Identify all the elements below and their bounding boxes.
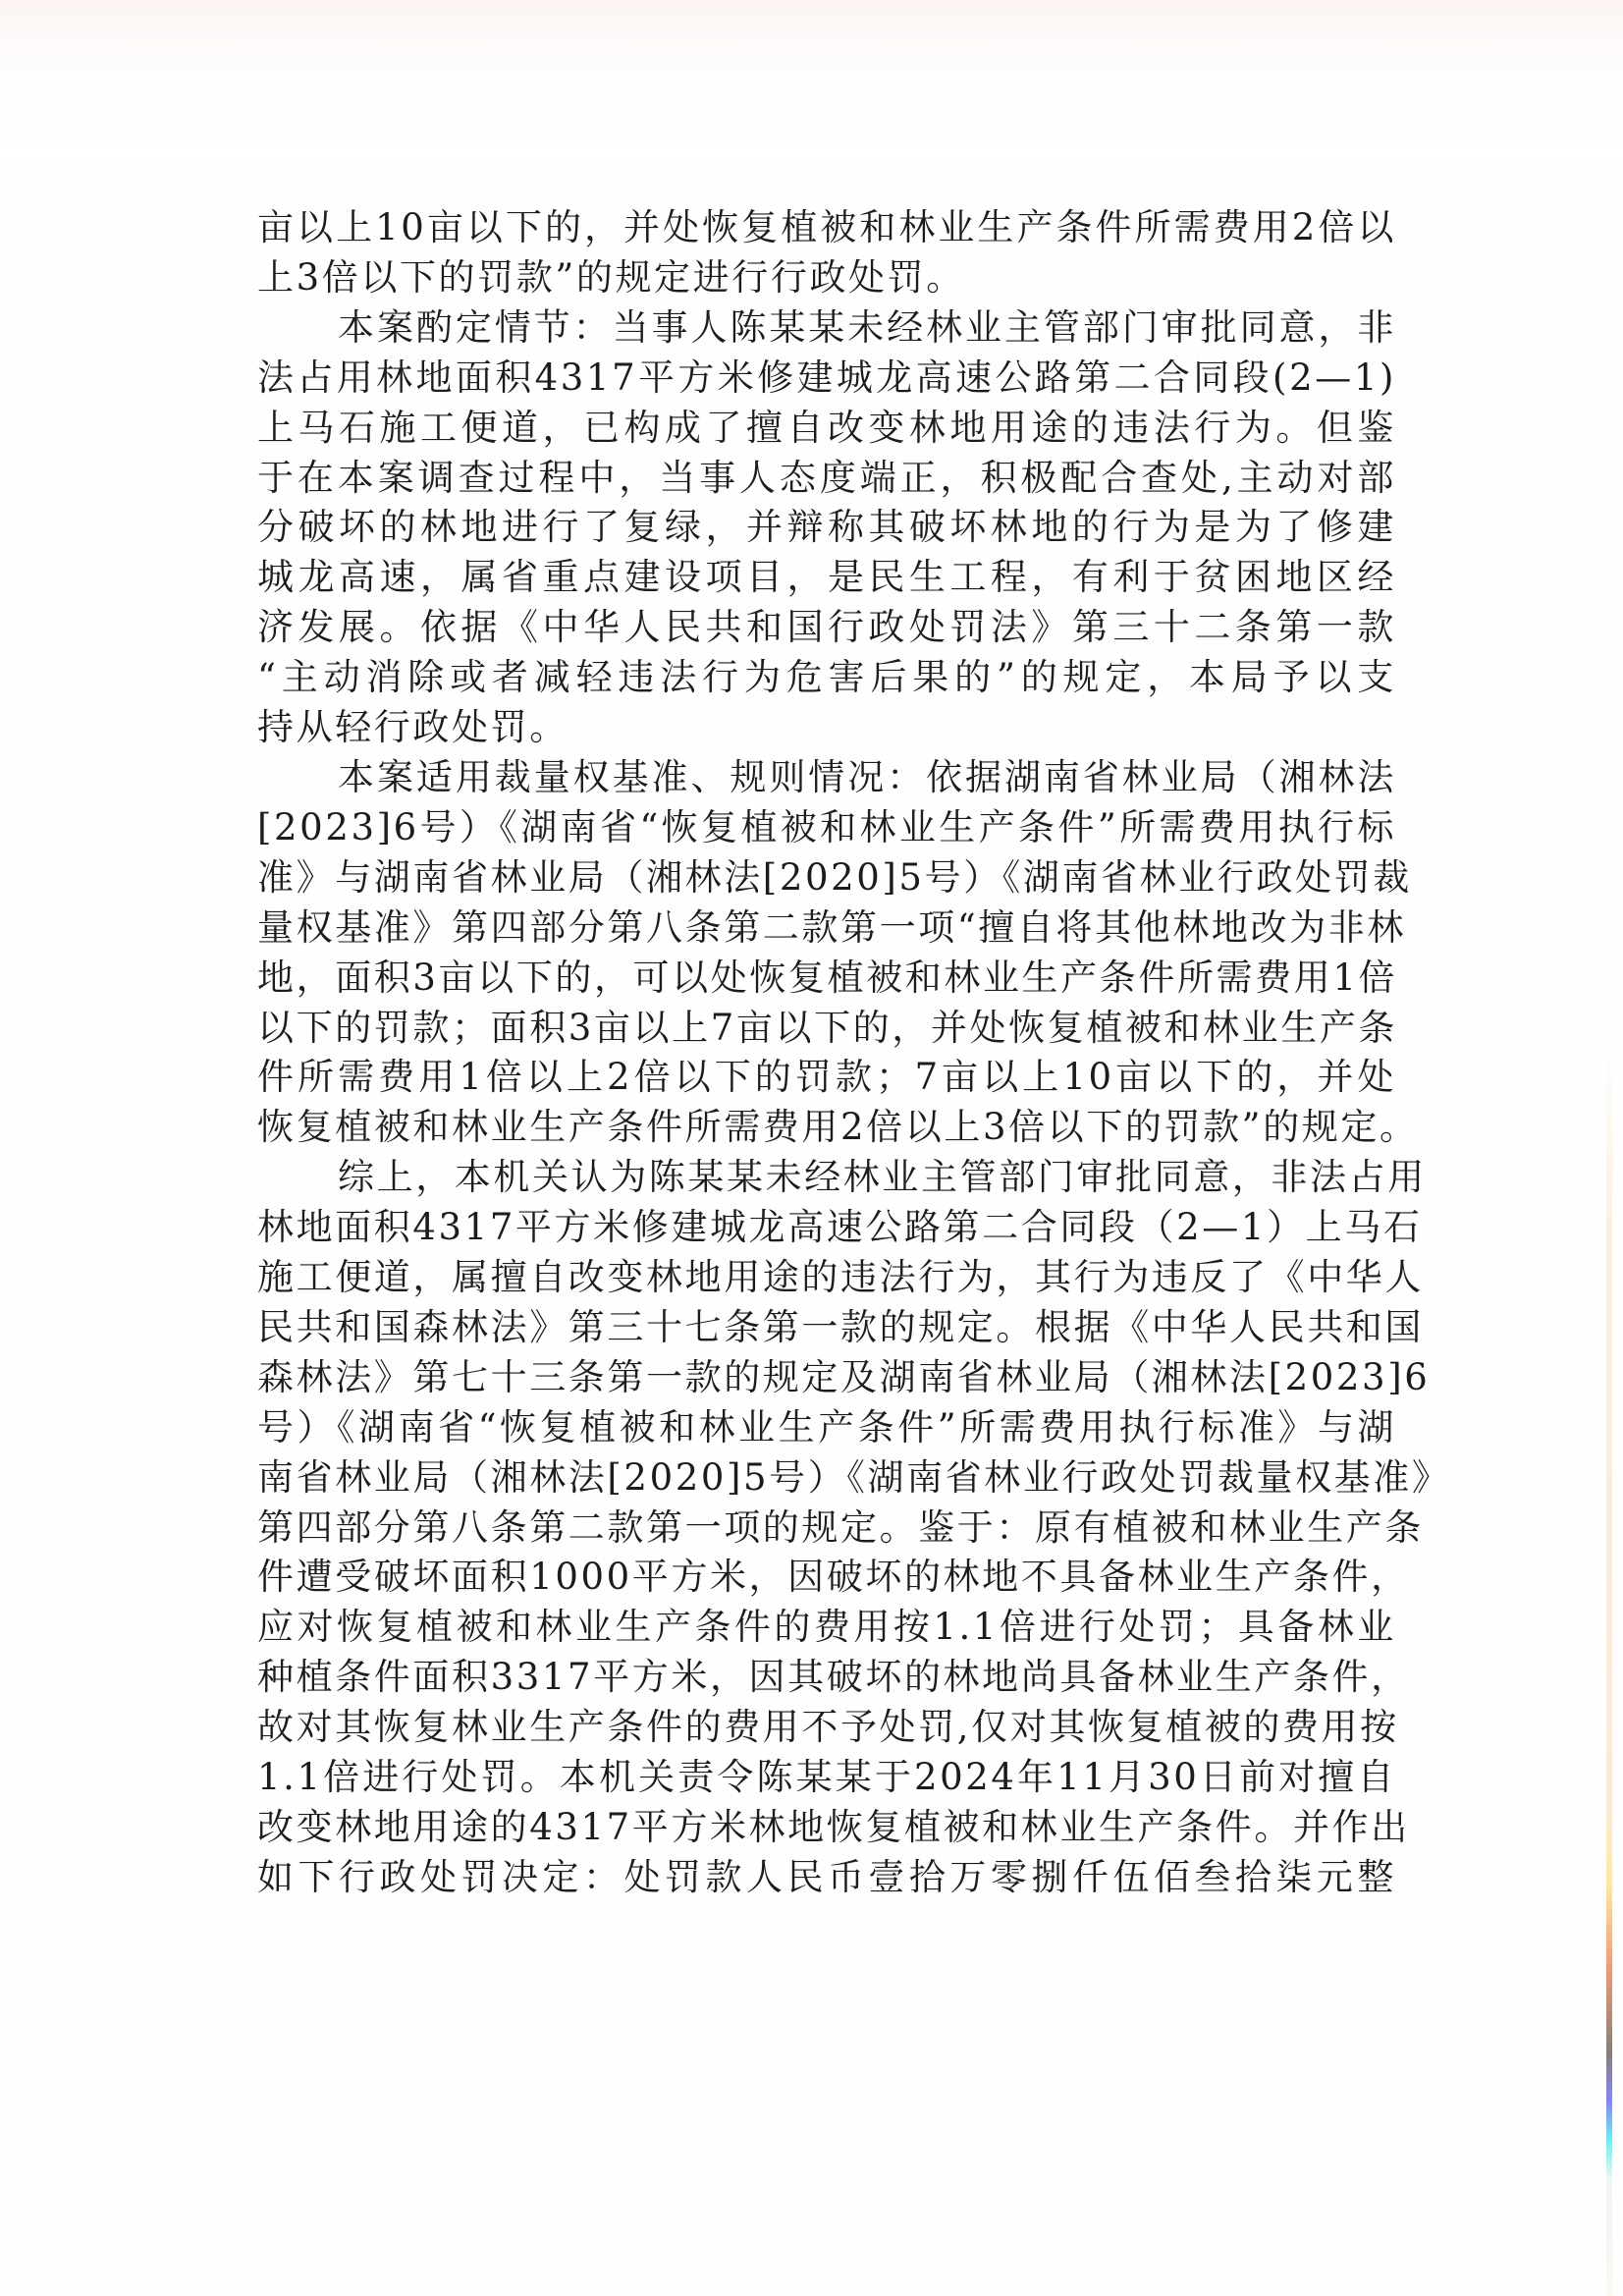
text-line: 本案酌定情节：当事人陈某某未经林业主管部门审批同意，非 [257, 303, 1396, 354]
text-line: [2023]6号）《湖南省“恢复植被和林业生产条件”所需费用执行标 [257, 803, 1396, 853]
text-line: 亩以上10亩以下的，并处恢复植被和林业生产条件所需费用2倍以 [257, 203, 1396, 253]
text-line: 分破坏的林地进行了复绿，并辩称其破坏林地的行为是为了修建 [257, 503, 1396, 553]
text-line: 于在本案调查过程中，当事人态度端正，积极配合查处,主动对部 [257, 454, 1396, 504]
text-line: 森林法》第七十三条第一款的规定及湖南省林业局（湘林法[2023]6 [257, 1353, 1396, 1403]
text-line: 上马石施工便道，已构成了擅自改变林地用途的违法行为。但鉴 [257, 404, 1396, 454]
scan-top-tint [0, 0, 1623, 157]
text-line: 城龙高速，属省重点建设项目，是民生工程，有利于贫困地区经 [257, 553, 1396, 603]
scanner-edge-artifact [1606, 1041, 1612, 2296]
text-line: 应对恢复植被和林业生产条件的费用按1.1倍进行处罚；具备林业 [257, 1603, 1396, 1653]
text-line: 准》与湖南省林业局（湘林法[2020]5号）《湖南省林业行政处罚裁 [257, 853, 1396, 903]
text-line: 件所需费用1倍以上2倍以下的罚款；7亩以上10亩以下的，并处 [257, 1053, 1396, 1103]
text-line: 法占用林地面积4317平方米修建城龙高速公路第二合同段(2—1) [257, 354, 1396, 404]
text-line: 恢复植被和林业生产条件所需费用2倍以上3倍以下的罚款”的规定。 [257, 1103, 1396, 1153]
text-line: 上3倍以下的罚款”的规定进行行政处罚。 [257, 253, 1396, 303]
text-line: 南省林业局（湘林法[2020]5号）《湖南省林业行政处罚裁量权基准》 [257, 1453, 1396, 1503]
text-line: 1.1倍进行处罚。本机关责令陈某某于2024年11月30日前对擅自 [257, 1753, 1396, 1803]
paragraph-conclusion: 综上，本机关认为陈某某未经林业主管部门审批同意，非法占用 林地面积4317平方米… [257, 1153, 1396, 1903]
text-line: 号）《湖南省“恢复植被和林业生产条件”所需费用执行标准》与湖 [257, 1403, 1396, 1453]
text-line: 件遭受破坏面积1000平方米，因破坏的林地不具备林业生产条件， [257, 1553, 1396, 1603]
text-line: 济发展。依据《中华人民共和国行政处罚法》第三十二条第一款 [257, 603, 1396, 653]
text-line: 故对其恢复林业生产条件的费用不予处罚,仅对其恢复植被的费用按 [257, 1703, 1396, 1753]
text-line: 以下的罚款；面积3亩以上7亩以下的，并处恢复植被和林业生产条 [257, 1004, 1396, 1054]
paragraph-circumstances: 本案酌定情节：当事人陈某某未经林业主管部门审批同意，非 法占用林地面积4317平… [257, 303, 1396, 753]
text-line: 综上，本机关认为陈某某未经林业主管部门审批同意，非法占用 [257, 1153, 1396, 1203]
paragraph-continuation: 亩以上10亩以下的，并处恢复植被和林业生产条件所需费用2倍以 上3倍以下的罚款”… [257, 203, 1396, 303]
text-line: 施工便道，属擅自改变林地用途的违法行为，其行为违反了《中华人 [257, 1253, 1396, 1303]
text-line: 地，面积3亩以下的，可以处恢复植被和林业生产条件所需费用1倍 [257, 954, 1396, 1004]
text-line: “主动消除或者减轻违法行为危害后果的”的规定，本局予以支 [257, 653, 1396, 703]
text-line: 持从轻行政处罚。 [257, 703, 1396, 753]
text-line: 改变林地用途的4317平方米林地恢复植被和林业生产条件。并作出 [257, 1803, 1396, 1853]
text-line: 量权基准》第四部分第八条第二款第一项“擅自将其他林地改为非林 [257, 903, 1396, 954]
paragraph-discretion-standard: 本案适用裁量权基准、规则情况：依据湖南省林业局（湘林法 [2023]6号）《湖南… [257, 753, 1396, 1153]
text-line: 本案适用裁量权基准、规则情况：依据湖南省林业局（湘林法 [257, 753, 1396, 803]
text-line: 如下行政处罚决定：处罚款人民币壹拾万零捌仟伍佰叁拾柒元整 [257, 1853, 1396, 1903]
text-line: 种植条件面积3317平方米，因其破坏的林地尚具备林业生产条件， [257, 1653, 1396, 1703]
document-body: 亩以上10亩以下的，并处恢复植被和林业生产条件所需费用2倍以 上3倍以下的罚款”… [257, 203, 1396, 1903]
text-line: 林地面积4317平方米修建城龙高速公路第二合同段（2—1）上马石 [257, 1203, 1396, 1253]
text-line: 第四部分第八条第二款第一项的规定。鉴于：原有植被和林业生产条 [257, 1503, 1396, 1554]
text-line: 民共和国森林法》第三十七条第一款的规定。根据《中华人民共和国 [257, 1303, 1396, 1353]
